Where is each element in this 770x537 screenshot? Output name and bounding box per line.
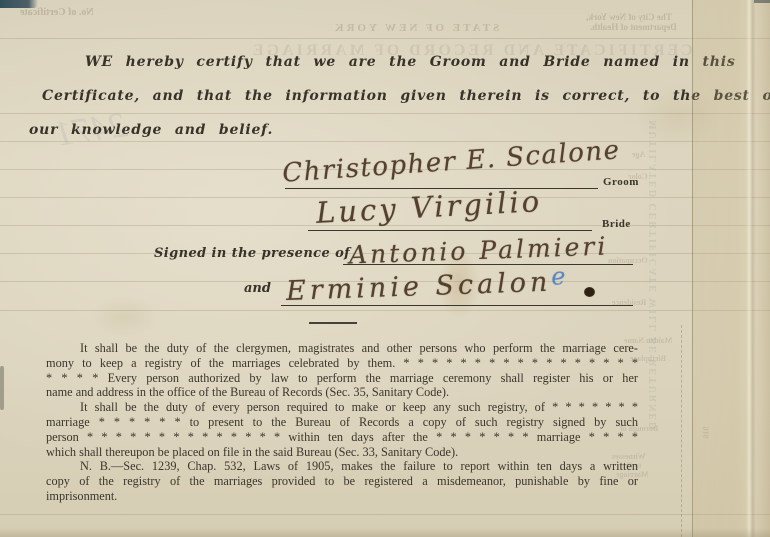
legal-line: It shall be the duty of every person req… [46,400,638,415]
scanned-marriage-certificate-page: No. of Certificate The City of New York,… [0,0,770,537]
bride-signature-line [308,230,592,231]
paper-stain [90,296,160,338]
legal-line: marriage * * * * * * to present to the B… [46,415,638,430]
legal-line: mony to keep a registry of the marriages… [46,356,638,371]
groom-label: Groom [603,176,639,188]
bleed-city-of-new-york: The City of New York, [586,12,672,22]
legal-line: name and address in the office of the Bu… [46,385,638,400]
legal-line: which shall thereupon be placed on file … [46,445,638,460]
ruled-line-bleed [0,514,770,515]
certification-text-line-2: Certificate, and that the information gi… [42,88,770,104]
signed-in-presence-label: Signed in the presence of [154,246,350,261]
scan-edge-left [0,366,4,410]
witness2-signature-line [281,305,633,306]
witness2-signature-text: Erminie Scalon [286,267,552,307]
witness1-signature-line [343,264,633,265]
legal-line: It shall be the duty of the clergymen, m… [46,341,638,356]
bleed-state-of-new-york: STATE OF NEW YORK [332,22,499,34]
legal-line: N. B.—Sec. 1239, Chap. 532, Laws of 1905… [46,459,638,474]
bleed-department-of-health: Department of Health. [590,22,677,32]
bride-signature: Lucy Virgilio [315,184,543,230]
and-label: and [244,281,271,296]
legal-notice-paragraphs: It shall be the duty of the clergymen, m… [46,341,638,504]
ruled-line-bleed [0,38,770,39]
legal-line: imprisonment. [46,489,638,504]
bleed-no-of-certificate: No. of Certificate [20,7,94,18]
witness2-signature: Erminie Scalone [286,266,571,307]
legal-line: person * * * * * * * * * * * * * * withi… [46,430,638,445]
bride-label: Bride [602,218,631,230]
bleed-dotted-column-line [681,325,682,537]
certification-text-line-3: our knowledge and belief. [29,122,273,138]
legal-line: * * * * Every person authorized by law t… [46,371,638,386]
groom-signature: Christopher E. Scalone [281,135,621,189]
paper-crease [746,0,756,537]
bleed-mutilated-certificate-notice: MUTILATED CERTIFICATE WILL BE RETURNED [648,120,659,420]
certification-text-line-1: WE hereby certify that we are the Groom … [85,54,736,70]
scan-edge-bottom [0,528,770,537]
bleed-label-age: Age [632,150,645,159]
witness2-blue-ink-correction: e [551,262,570,291]
short-blank-line [309,322,357,324]
scan-edge-top-right [754,0,770,3]
legal-line: copy of the registry of the marriages pr… [46,474,638,489]
ink-blot [584,287,595,297]
page-fold-band [692,0,770,537]
scan-edge-top-left [0,0,38,8]
